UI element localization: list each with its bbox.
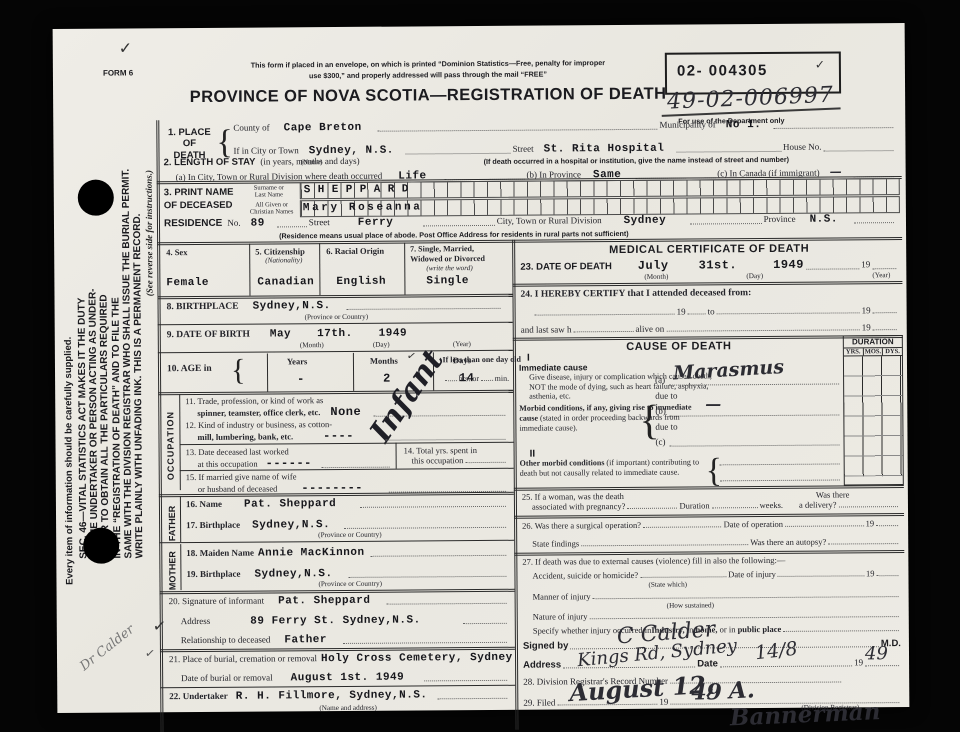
age-min-label: min. xyxy=(495,374,510,383)
field17-value: Sydney,N.S. xyxy=(252,519,330,532)
field19-note: (Province or Country) xyxy=(318,580,382,588)
field24-y3: 19 xyxy=(862,322,871,332)
dotted-leader xyxy=(806,267,859,269)
field22-value: R. H. Fillmore, Sydney,N.S. xyxy=(236,689,428,702)
dotted-leader xyxy=(463,622,507,624)
residence-row: RESIDENCE No. 89 Street Ferry City, Town… xyxy=(164,213,896,230)
dotted-leader xyxy=(873,311,897,313)
dotted-leader xyxy=(465,461,505,463)
immediate-cause-label: Immediate cause xyxy=(519,362,588,372)
duration-table: DURATION YRS. MOS. DYS. xyxy=(843,335,904,485)
age-years-label: Years xyxy=(287,356,307,366)
form-page: Every item of information should be care… xyxy=(53,23,910,713)
field25-weeks: weeks. xyxy=(760,500,783,510)
dotted-line xyxy=(670,444,840,446)
date-label: Date xyxy=(697,658,718,669)
scanned-document: Every item of information should be care… xyxy=(0,0,960,732)
field21-label: 21. Place of burial, cremation or remova… xyxy=(169,653,317,664)
signed-by-label: Signed by xyxy=(523,640,568,651)
dotted-leader xyxy=(876,574,898,576)
field24-l3b: alive on xyxy=(635,324,664,334)
municipality-label: Municipality of xyxy=(660,119,716,129)
field20-rel-label: Relationship to deceased xyxy=(181,634,271,645)
field27-accident-label: Accident, suicide or homicide? xyxy=(532,570,638,581)
cause-due2: due to xyxy=(655,422,677,432)
signed-address-label: Address xyxy=(523,659,561,670)
father-vertical-label: FATHER xyxy=(167,495,177,541)
sidebar-sec46-text: SEC. 46—VITAL STATISTICS ACT MAKES IT TH… xyxy=(75,113,145,558)
field25-was1: Was there xyxy=(816,489,850,499)
cell-divider xyxy=(267,353,268,391)
father-rule xyxy=(180,496,181,542)
field21-row: 21. Place of burial, cremation or remova… xyxy=(169,651,569,666)
duration-table-body xyxy=(844,356,903,476)
dotted-leader xyxy=(839,505,898,507)
field7-value: Single xyxy=(426,275,469,287)
field24-y2: 19 xyxy=(862,305,871,315)
rule xyxy=(158,390,513,395)
dotted-leader xyxy=(481,379,493,381)
pencil-note: Dr Calder xyxy=(77,622,137,674)
dotted-leader xyxy=(386,438,506,441)
envelope-instructions: This form if placed in an envelope, on w… xyxy=(203,58,653,83)
dotted-leader xyxy=(581,543,748,546)
field26-line2: State findings Was there an autopsy? xyxy=(532,536,900,549)
field20-rel-value: Father xyxy=(284,634,327,646)
field21-date-row: Date of burial or removal August 1st. 19… xyxy=(181,671,509,685)
field3-label: 3. PRINT NAME OF DECEASED xyxy=(164,187,234,213)
field7-sub: (write the word) xyxy=(426,264,473,272)
rule xyxy=(159,540,514,543)
field24-label: 24. I HEREBY CERTIFY that I attended dec… xyxy=(520,288,751,300)
field6-label: 6. Racial Origin xyxy=(326,246,384,256)
field24-line3: and last saw h alive on 19 xyxy=(521,322,899,335)
field19-label: 19. Birthplace xyxy=(186,569,240,579)
dotted-leader xyxy=(865,664,899,666)
dotted-leader xyxy=(690,222,761,224)
dotted-line xyxy=(720,479,840,481)
specify-public: public place xyxy=(738,624,782,634)
cause-a-value: Marasmus xyxy=(672,356,784,385)
dotted-leader xyxy=(676,150,781,153)
dotted-leader xyxy=(360,505,506,508)
field2-sub: (in years, months and days) xyxy=(260,156,359,167)
field8-label: 8. BIRTHPLACE xyxy=(167,302,239,313)
checkmark-top-left: ✓ xyxy=(119,38,133,57)
field22-note: (Name and address) xyxy=(319,704,377,712)
duration-col-mos: MOS. xyxy=(864,348,884,355)
field20-row: 20. Signature of informant Pat. Sheppard xyxy=(169,594,509,608)
cause-of-death-title: CAUSE OF DEATH xyxy=(517,339,841,353)
date-year-handwritten: 49 xyxy=(865,643,888,664)
checkmark-stamp: ✓ xyxy=(815,58,825,72)
field26-autopsy-label: Was there an autopsy? xyxy=(750,537,826,548)
field9-row: 9. DATE OF BIRTH May 17th. 1949 xyxy=(167,327,503,341)
field27-injury-label: Date of injury xyxy=(728,569,776,579)
field24-l3a: and last saw h xyxy=(521,324,572,334)
field5-label: 5. Citizenship xyxy=(255,246,305,256)
file-number: 02- 004305 xyxy=(677,62,768,80)
field26-year: 19 xyxy=(866,518,875,528)
specify-3: or in xyxy=(717,624,737,634)
dotted-leader xyxy=(720,664,852,667)
field21-date-label: Date of burial or removal xyxy=(181,672,273,683)
field25-duration-label: Duration xyxy=(679,500,709,510)
date-pre: 19 xyxy=(854,657,863,667)
field2-heading: 2. LENGTH OF STAY (in years, months and … xyxy=(164,156,360,168)
field9-year-note: (Year) xyxy=(453,340,471,348)
dotted-leader xyxy=(386,602,506,605)
field7-label-1: 7. Single, Married, xyxy=(410,244,485,255)
field23-label: 23. DATE OF DEATH xyxy=(520,261,612,273)
residence-division-value: Sydney xyxy=(624,215,667,227)
field20-value: Pat. Sheppard xyxy=(278,595,370,608)
rule xyxy=(160,685,515,688)
field13-line2-label: at this occupation xyxy=(198,459,258,469)
other-brace: { xyxy=(706,452,723,490)
dotted-leader xyxy=(773,126,893,129)
duration-title: DURATION xyxy=(844,336,902,348)
field21-date-value: August 1st. 1949 xyxy=(291,672,405,685)
rule xyxy=(512,281,902,287)
dotted-leader xyxy=(783,629,899,632)
field10-label: 10. AGE in xyxy=(167,364,212,374)
dotted-leader xyxy=(347,307,501,310)
field21-value: Holy Cross Cemetery, Sydney xyxy=(321,652,513,665)
cell-divider xyxy=(319,243,320,295)
field24-line2: 19 to 19 xyxy=(533,305,899,318)
occupation-rule xyxy=(179,394,181,490)
dotted-leader xyxy=(424,679,507,682)
field11-line2-label: spinner, teamster, office clerk, etc. xyxy=(197,407,320,418)
field27-manner-row: Manner of injury xyxy=(533,589,901,602)
field7-label: 7. Single, Married, Widowed or Divorced xyxy=(410,244,485,265)
street-label: Street xyxy=(513,144,534,154)
age-years-value: - xyxy=(297,372,305,386)
field23-month-note: (Month) xyxy=(644,273,668,281)
field9-month-note: (Month) xyxy=(300,341,324,349)
age-months-value: 2 xyxy=(383,372,391,386)
dotted-leader xyxy=(371,554,507,557)
dotted-leader xyxy=(349,575,507,578)
dotted-leader xyxy=(666,328,860,331)
field24-y1: 19 xyxy=(677,307,686,317)
cell-divider xyxy=(396,443,397,469)
field2-label: 2. LENGTH OF STAY xyxy=(164,157,256,169)
dotted-leader xyxy=(872,267,896,269)
dotted-leader xyxy=(344,526,506,529)
mother-vertical-label: MOTHER xyxy=(167,544,177,590)
page-title: PROVINCE OF NOVA SCOTIA—REGISTRATION OF … xyxy=(173,85,683,108)
field6-value: English xyxy=(336,276,386,288)
field11-line2: spinner, teamster, office clerk, etc. No… xyxy=(197,404,507,420)
dotted-leader xyxy=(590,615,899,619)
surname-sublabel: Surname or Last Name xyxy=(254,184,284,198)
dotted-leader xyxy=(823,149,893,151)
date-handwritten: 14/8 xyxy=(754,638,799,665)
field20-address-value: 89 Ferry St. Sydney,N.S. xyxy=(250,614,421,627)
surname-value: SHEPPARD xyxy=(304,183,416,196)
field9-day: 17th. xyxy=(317,328,353,340)
given-name-value: Mary Roseanna xyxy=(303,201,423,214)
sidebar-see-reverse-text: (See reverse side for instructions.) xyxy=(143,111,154,296)
field4-label: 4. Sex xyxy=(166,247,187,257)
age-less-label: If less than one day old xyxy=(441,355,521,365)
field10-brace: { xyxy=(231,354,246,388)
residence-label: RESIDENCE xyxy=(164,218,222,229)
city-label: If in City or Town xyxy=(233,145,298,155)
dotted-leader xyxy=(627,507,677,509)
dotted-leader xyxy=(643,525,722,528)
field27-nature-label: Nature of injury xyxy=(533,611,588,621)
field14-line2: this occupation xyxy=(412,455,508,466)
field25-was2: a delivery? xyxy=(799,500,837,510)
field27-accident-row: Accident, suicide or homicide? Date of i… xyxy=(532,568,900,581)
cause-a-label: (a) xyxy=(655,375,665,385)
residence-province-value: N.S. xyxy=(810,214,838,226)
field7-label-2: Widowed or Divorced xyxy=(410,254,485,265)
field9-label: 9. DATE OF BIRTH xyxy=(167,330,250,341)
field18-row: 18. Maiden Name Annie MacKinnon xyxy=(186,546,508,560)
field9-year: 1949 xyxy=(379,328,407,340)
field23-year-note: (Year) xyxy=(872,271,890,279)
field14-line2-label: this occupation xyxy=(412,455,464,465)
field27-heading: 27. If death was due to external causes … xyxy=(522,555,785,567)
field9-day-note: (Day) xyxy=(373,341,390,349)
sidebar-every-item-text: Every item of information should be care… xyxy=(62,165,76,585)
age-hours-row: hrs. or min. xyxy=(443,374,509,383)
duration-col-dys: DYS. xyxy=(883,348,902,355)
residence-province-label: Province xyxy=(764,214,796,224)
field29-label: 29. Filed xyxy=(523,697,555,707)
field12-value: ---- xyxy=(323,429,354,443)
field17-note: (Province or Country) xyxy=(318,531,382,539)
field22-row: 22. Undertaker R. H. Fillmore, Sydney,N.… xyxy=(169,689,509,703)
field1-county-row: County of Cape Breton Municipality of No… xyxy=(233,118,895,135)
field25-line2: associated with pregnancy? Duration week… xyxy=(532,499,900,512)
street-value: St. Rita Hospital xyxy=(544,143,665,156)
dotted-leader xyxy=(423,224,494,226)
cell-divider xyxy=(249,244,250,296)
field26-op-label: Date of operation xyxy=(724,519,784,529)
field26-findings-label: State findings xyxy=(532,538,579,548)
dotted-leader xyxy=(378,128,658,132)
field1-label-2: OF xyxy=(163,138,215,150)
field18-label: 18. Maiden Name xyxy=(186,548,254,558)
given-sublabel: All Given or Christian Names xyxy=(250,201,294,215)
field4-value: Female xyxy=(166,277,209,289)
field8-note: (Province or Country) xyxy=(305,313,369,321)
field15-line2-label: or husband of deceased xyxy=(198,483,278,494)
dotted-leader xyxy=(640,575,726,578)
dotted-leader xyxy=(688,312,706,314)
field20-address-row: Address 89 Ferry St. Sydney,N.S. xyxy=(181,614,509,628)
dotted-leader xyxy=(778,574,864,577)
field5-value: Canadian xyxy=(257,276,314,288)
age-hrs-label: hrs. or xyxy=(459,374,480,383)
field20-address-label: Address xyxy=(181,616,211,626)
county-label: County of xyxy=(233,122,269,132)
field12-line2-label: mill, lumbering, bank, etc. xyxy=(197,431,293,442)
form-number-label: FORM 6 xyxy=(103,68,133,77)
field23-day-note: (Day) xyxy=(746,272,763,280)
field24-to: to xyxy=(708,306,715,316)
field9-month: May xyxy=(270,328,291,340)
dotted-leader xyxy=(343,641,507,644)
other-morbid-bold: Other morbid conditions xyxy=(520,458,605,468)
specify-row: Specify whether injury occurred in Indus… xyxy=(533,623,901,636)
field20-label: 20. Signature of informant xyxy=(169,596,265,607)
dotted-leader xyxy=(712,506,758,508)
field23-day: 31st. xyxy=(699,258,738,272)
dotted-line xyxy=(720,463,840,465)
age-months-label: Months xyxy=(370,356,398,366)
field8-value: Sydney,N.S. xyxy=(253,300,331,313)
dotted-leader xyxy=(785,524,864,527)
dotted-leader xyxy=(573,330,633,332)
cell-divider xyxy=(353,353,354,391)
dotted-leader xyxy=(406,152,511,155)
field25-line2-label: associated with pregnancy? xyxy=(532,501,626,512)
dotted-leader xyxy=(445,379,457,381)
dotted-leader xyxy=(535,313,675,316)
field27-which-note: (State which) xyxy=(648,581,687,589)
field23-year: 1949 xyxy=(773,258,804,272)
field22-label: 22. Undertaker xyxy=(169,691,228,701)
field27-how-note: (How sustained) xyxy=(667,601,714,609)
dotted-leader xyxy=(873,328,897,330)
field11-value: None xyxy=(330,405,361,419)
field19-row: 19. Birthplace Sydney,N.S. xyxy=(186,567,508,581)
field23-month: July xyxy=(638,259,669,273)
field3-label-2: OF DECEASED xyxy=(164,200,234,213)
registrar-signature: A. Bannerman xyxy=(728,670,910,731)
cause-c-label: (c) xyxy=(655,437,665,447)
dotted-leader xyxy=(876,524,898,526)
registrar-note: (Division Registrar) xyxy=(801,703,859,711)
field23-pre: 19 xyxy=(861,259,870,269)
residence-no-label: No. xyxy=(227,218,240,228)
county-value: Cape Breton xyxy=(284,122,362,135)
field23-row: 23. DATE OF DEATH July 31st. 1949 19 xyxy=(520,257,898,274)
field18-value: Annie MacKinnon xyxy=(258,547,365,560)
medical-cert-title: MEDICAL CERTIFICATE OF DEATH xyxy=(516,242,902,257)
field27-year: 19 xyxy=(866,568,875,578)
field5-sub: (Nationality) xyxy=(265,256,302,264)
duration-col-yrs: YRS. xyxy=(844,348,864,355)
dotted-line xyxy=(669,384,839,386)
field26-line1: 26. Was there a surgical operation? Date… xyxy=(522,518,900,531)
field3-label-1: 3. PRINT NAME xyxy=(164,187,234,200)
field16-row: 16. Name Pat. Sheppard xyxy=(186,497,508,511)
checkmark-field21: ✓ xyxy=(144,646,156,661)
dotted-leader xyxy=(593,595,899,599)
field26-label: 26. Was there a surgical operation? xyxy=(522,520,641,531)
field17-label: 17. Birthplace xyxy=(186,520,240,530)
field17-row: 17. Birthplace Sydney,N.S. xyxy=(186,518,508,532)
mother-rule xyxy=(180,544,181,590)
field27-nature-row: Nature of injury xyxy=(533,609,901,622)
field1-label-1: 1. PLACE xyxy=(163,127,215,139)
residence-street-label: Street xyxy=(309,217,330,227)
filed-year-handwritten: 49 xyxy=(691,679,722,705)
field8-row: 8. BIRTHPLACE Sydney,N.S. xyxy=(167,299,503,313)
dotted-leader xyxy=(277,225,307,227)
field19-value: Sydney,N.S. xyxy=(254,568,332,581)
pencil-check: ✓ xyxy=(152,616,167,636)
field14-line1: 14. Total yrs. spent in xyxy=(404,445,477,456)
residence-no-value: 89 xyxy=(251,218,265,230)
occupation-vertical-label: OCCUPATION xyxy=(165,394,176,480)
municipality-value: No 1. xyxy=(726,119,762,131)
field20-relationship-row: Relationship to deceased Father xyxy=(181,633,509,647)
rule xyxy=(158,322,513,325)
punch-hole-top xyxy=(78,180,114,216)
house-no-label: House No. xyxy=(783,142,822,152)
residence-division-label: City, Town or Rural Division xyxy=(497,215,602,226)
rule xyxy=(158,350,513,353)
field16-label: 16. Name xyxy=(186,499,222,509)
field27-manner-label: Manner of injury xyxy=(533,591,591,601)
dotted-leader xyxy=(717,311,860,314)
residence-street-value: Ferry xyxy=(358,217,394,229)
punch-hole-bottom xyxy=(83,528,119,564)
other-morbid-label: Other morbid conditions (if important) c… xyxy=(520,457,706,478)
body-left-rule xyxy=(156,120,163,732)
dotted-leader xyxy=(828,542,898,544)
cause-b-value: — xyxy=(705,394,721,413)
field16-value: Pat. Sheppard xyxy=(244,498,336,511)
dotted-leader xyxy=(438,697,508,699)
dotted-leader xyxy=(854,221,894,223)
cell-divider xyxy=(404,243,405,295)
